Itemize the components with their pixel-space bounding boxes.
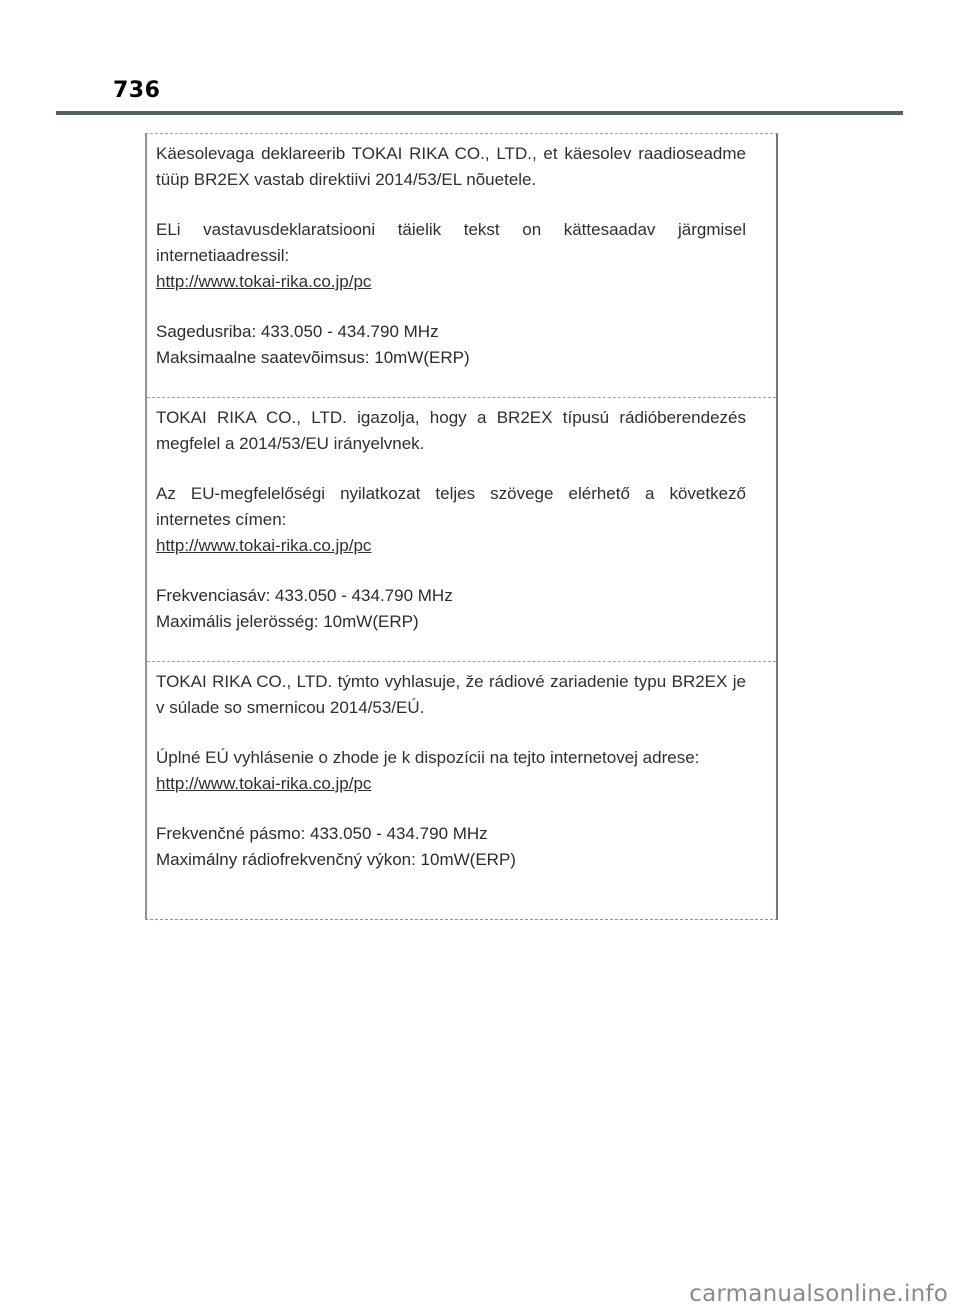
declaration-url-link[interactable]: http://www.tokai-rika.co.jp/pc (156, 771, 371, 797)
max-power: Maximálny rádiofrekvenčný výkon: 10mW(ER… (156, 847, 746, 873)
declaration-box: Käesolevaga deklareerib TOKAI RIKA CO., … (145, 133, 778, 920)
frequency-band: Frekvenčné pásmo: 433.050 - 434.790 MHz (156, 821, 746, 847)
declaration-statement: TOKAI RIKA CO., LTD. igazolja, hogy a BR… (156, 405, 746, 457)
frequency-band: Sagedusriba: 433.050 - 434.790 MHz (156, 319, 746, 345)
max-power: Maksimaalne saatevõimsus: 10mW(ERP) (156, 345, 746, 371)
declaration-statement: Käesolevaga deklareerib TOKAI RIKA CO., … (156, 141, 746, 193)
frequency-band: Frekvenciasáv: 433.050 - 434.790 MHz (156, 583, 746, 609)
declaration-section-hungarian: TOKAI RIKA CO., LTD. igazolja, hogy a BR… (147, 397, 776, 661)
watermark: carmanualsonline.info (689, 1281, 948, 1307)
declaration-url-link[interactable]: http://www.tokai-rika.co.jp/pc (156, 533, 371, 559)
header-rule (56, 111, 903, 115)
full-text-intro: Az EU-megfelelőségi nyilatkozat teljes s… (156, 481, 746, 533)
page-number: 736 (113, 78, 160, 103)
declaration-section-slovak: TOKAI RIKA CO., LTD. týmto vyhlasuje, že… (147, 661, 776, 920)
full-text-intro: Úplné EÚ vyhlásenie o zhode je k dispozí… (156, 745, 746, 771)
max-power: Maximális jelerösség: 10mW(ERP) (156, 609, 746, 635)
full-text-intro: ELi vastavusdeklaratsiooni täielik tekst… (156, 217, 746, 269)
declaration-section-estonian: Käesolevaga deklareerib TOKAI RIKA CO., … (147, 134, 776, 397)
declaration-statement: TOKAI RIKA CO., LTD. týmto vyhlasuje, že… (156, 669, 746, 721)
declaration-url-link[interactable]: http://www.tokai-rika.co.jp/pc (156, 269, 371, 295)
